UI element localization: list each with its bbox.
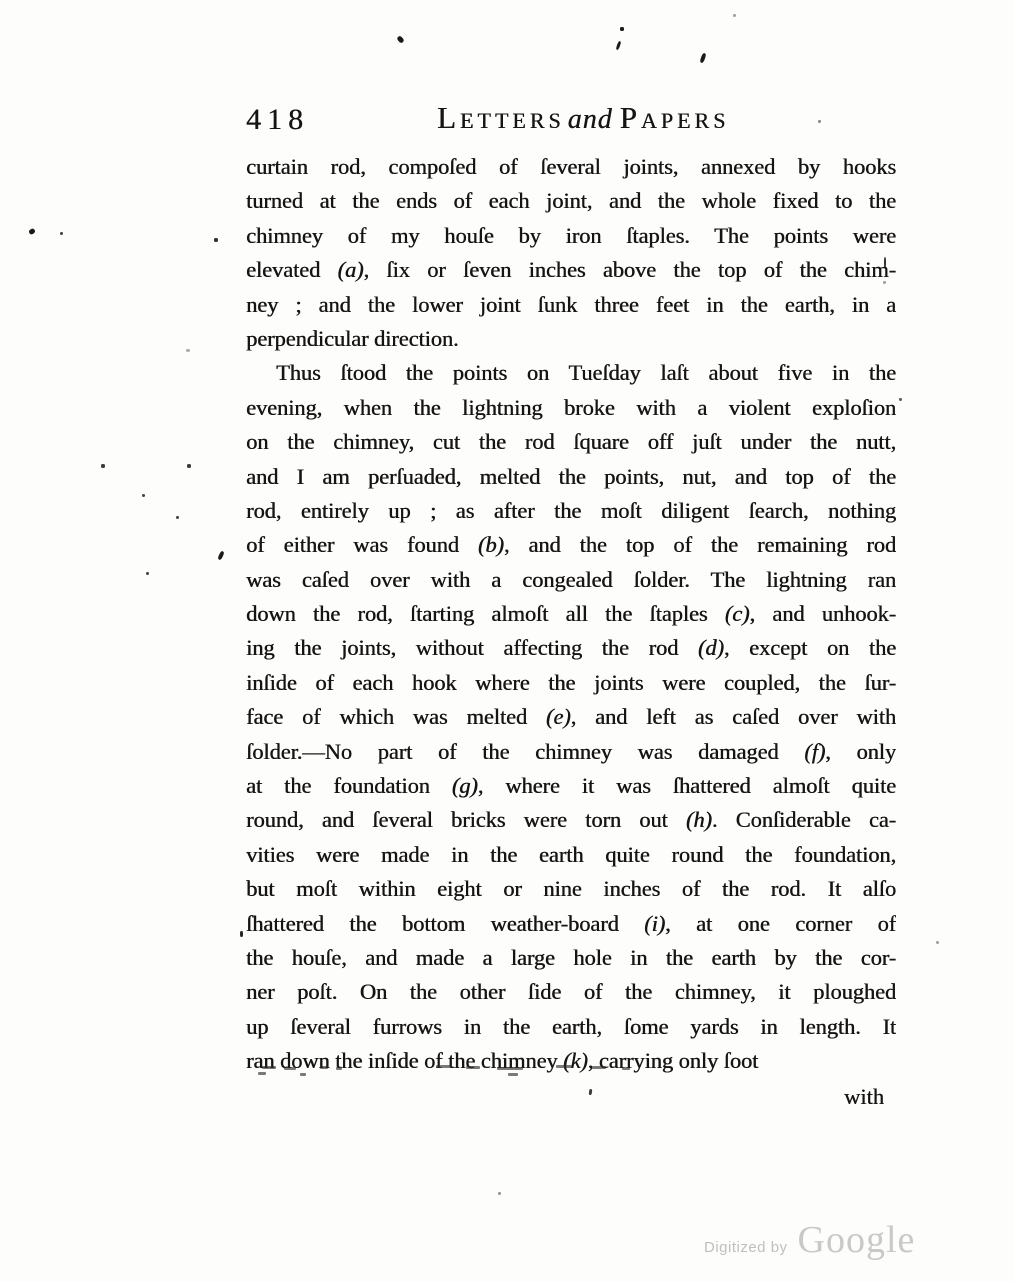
ink-speck	[620, 27, 624, 31]
ink-speck	[187, 464, 191, 468]
text-line: Thus ſtood the points on Tueſday laſt ab…	[246, 356, 896, 390]
text-line: but moſt within eight or nine inches of …	[246, 872, 896, 906]
bleed-through-dash	[592, 1066, 606, 1069]
text-line: the houſe, and made a large hole in the …	[246, 941, 896, 975]
text-line: evening, when the lightning broke with a…	[246, 391, 896, 425]
text-line: elevated (a), ſix or ſeven inches above …	[246, 253, 896, 287]
text-line: ney ; and the lower joint ſunk three fee…	[246, 288, 896, 322]
running-title-conjunction: and	[568, 104, 613, 135]
text-line: up ſeveral furrows in the earth, ſome ya…	[246, 1010, 896, 1044]
text-line: curtain rod, compoſed of ſeveral joints,…	[246, 150, 896, 184]
ink-speck	[818, 120, 821, 123]
ink-speck	[60, 232, 63, 235]
text-line: ſhattered the bottom weather-board (i), …	[246, 907, 896, 941]
ink-speck	[101, 464, 105, 468]
text-line: at the foundation (g), where it was ſhat…	[246, 769, 896, 803]
text-line: vities were made in the earth quite roun…	[246, 838, 896, 872]
page-number: 418	[246, 103, 309, 137]
ink-speck	[899, 398, 902, 401]
text-line: round, and ſeveral bricks were torn out …	[246, 803, 896, 837]
ink-speck	[498, 1192, 501, 1195]
ink-speck	[146, 572, 149, 575]
text-line: on the chimney, cut the rod ſquare off j…	[246, 425, 896, 459]
text-line: perpendicular direction.	[246, 322, 896, 356]
text-line: of either was found (b), and the top of …	[246, 528, 896, 562]
bleed-through-dash	[497, 1067, 523, 1070]
ink-speck	[142, 494, 145, 497]
watermark-prefix: Digitized by	[704, 1239, 788, 1256]
running-title-word-papers: Papers	[620, 100, 730, 135]
ink-speck	[616, 41, 622, 50]
bleed-through-dash	[300, 1073, 306, 1076]
text-line: inſide of each hook where the joints wer…	[246, 666, 896, 700]
text-line: and I am perſuaded, melted the points, n…	[246, 460, 896, 494]
ink-speck	[733, 14, 736, 17]
bleed-through-dash	[336, 1067, 342, 1070]
catchword: with	[246, 1080, 896, 1114]
ink-speck	[214, 238, 218, 242]
ink-speck	[936, 941, 939, 944]
text-line: ran down the inſide of the chimney (k), …	[246, 1044, 896, 1078]
bleed-through-dash	[320, 1066, 328, 1069]
text-line: ing the joints, without affecting the ro…	[246, 631, 896, 665]
text-line: was caſed over with a congealed ſolder. …	[246, 563, 896, 597]
watermark: Digitized by Google	[704, 1218, 915, 1262]
google-logo: Google	[798, 1218, 916, 1262]
ink-speck	[884, 257, 886, 268]
running-title-word-letters: Letters	[437, 100, 565, 135]
ink-speck	[396, 35, 404, 44]
text-line: ner poſt. On the other ſide of the chimn…	[246, 975, 896, 1009]
bleed-through-dash	[436, 1065, 452, 1068]
running-title: LettersandPapers	[437, 100, 729, 136]
bleed-through-dash	[556, 1065, 572, 1068]
text-line: face of which was melted (e), and left a…	[246, 700, 896, 734]
bleed-through-dash	[258, 1072, 266, 1075]
text-line: down the rod, ſtarting almoſt all the ſt…	[246, 597, 896, 631]
bleed-through-dash	[622, 1067, 630, 1070]
ink-speck	[217, 551, 224, 561]
bleed-through-dash	[466, 1066, 480, 1069]
text-body: curtain rod, compoſed of ſeveral joints,…	[246, 150, 896, 1079]
ink-speck	[699, 53, 706, 64]
text-line: ſolder.—No part of the chimney was damag…	[246, 735, 896, 769]
scanned-book-page: 418 LettersandPapers curtain rod, compoſ…	[0, 0, 1014, 1282]
text-line: rod, entirely up ; as after the moſt dil…	[246, 494, 896, 528]
ink-speck	[883, 281, 886, 284]
text-line: chimney of my houſe by iron ſtaples. The…	[246, 219, 896, 253]
ink-speck	[240, 931, 243, 937]
ink-speck	[186, 349, 190, 352]
bleed-through-dash	[262, 1066, 276, 1069]
ink-speck	[28, 228, 36, 236]
text-line: turned at the ends of each joint, and th…	[246, 184, 896, 218]
bleed-through-dash	[284, 1067, 296, 1070]
bleed-through-dash	[508, 1073, 518, 1076]
ink-speck	[176, 516, 179, 519]
